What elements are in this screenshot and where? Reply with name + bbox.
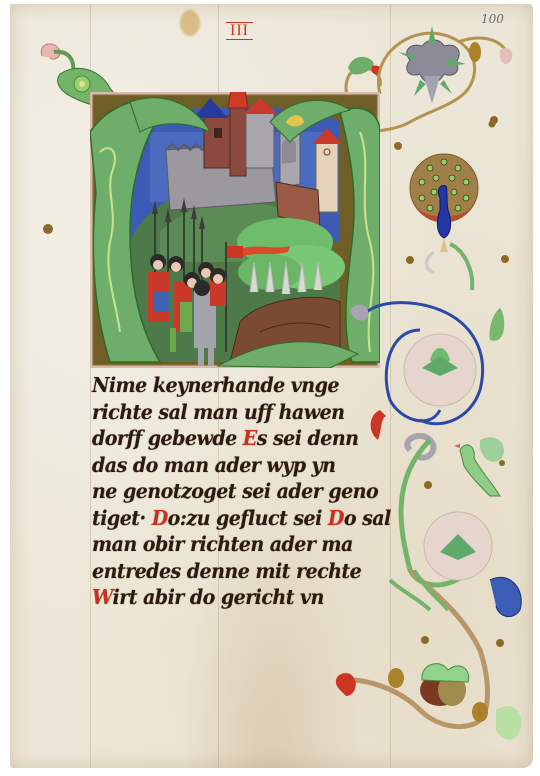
initial-n: N xyxy=(92,373,109,397)
initial-w: W xyxy=(92,585,113,609)
text-line-5: ne genotzoget sei ader geno xyxy=(92,478,365,505)
rubricated-letter: D xyxy=(328,506,344,530)
text-line-3: dorff gebewde Es sei denn xyxy=(92,425,365,452)
text-line-2: richte sal man uff hawen xyxy=(92,399,365,426)
pink-rose-icon-top xyxy=(404,334,476,406)
manuscript-text: Nime keynerhande vnge richte sal man uff… xyxy=(92,372,365,611)
rubricated-letter: D xyxy=(152,506,168,530)
text-line-1: Nime keynerhande vnge xyxy=(92,372,365,399)
text-line-4: das do man ader wyp yn xyxy=(92,452,365,479)
text-line-9: Wirt abir do gericht vn xyxy=(92,584,365,611)
text-line-7: man obir richten ader ma xyxy=(92,531,365,558)
acorn-icon xyxy=(420,664,469,706)
text-line-6: tiget· Do:zu gefluct sei Do sal xyxy=(92,505,365,532)
rubricated-letter: E xyxy=(243,426,257,450)
text-line-8: entredes denne mit rechte xyxy=(92,558,365,585)
